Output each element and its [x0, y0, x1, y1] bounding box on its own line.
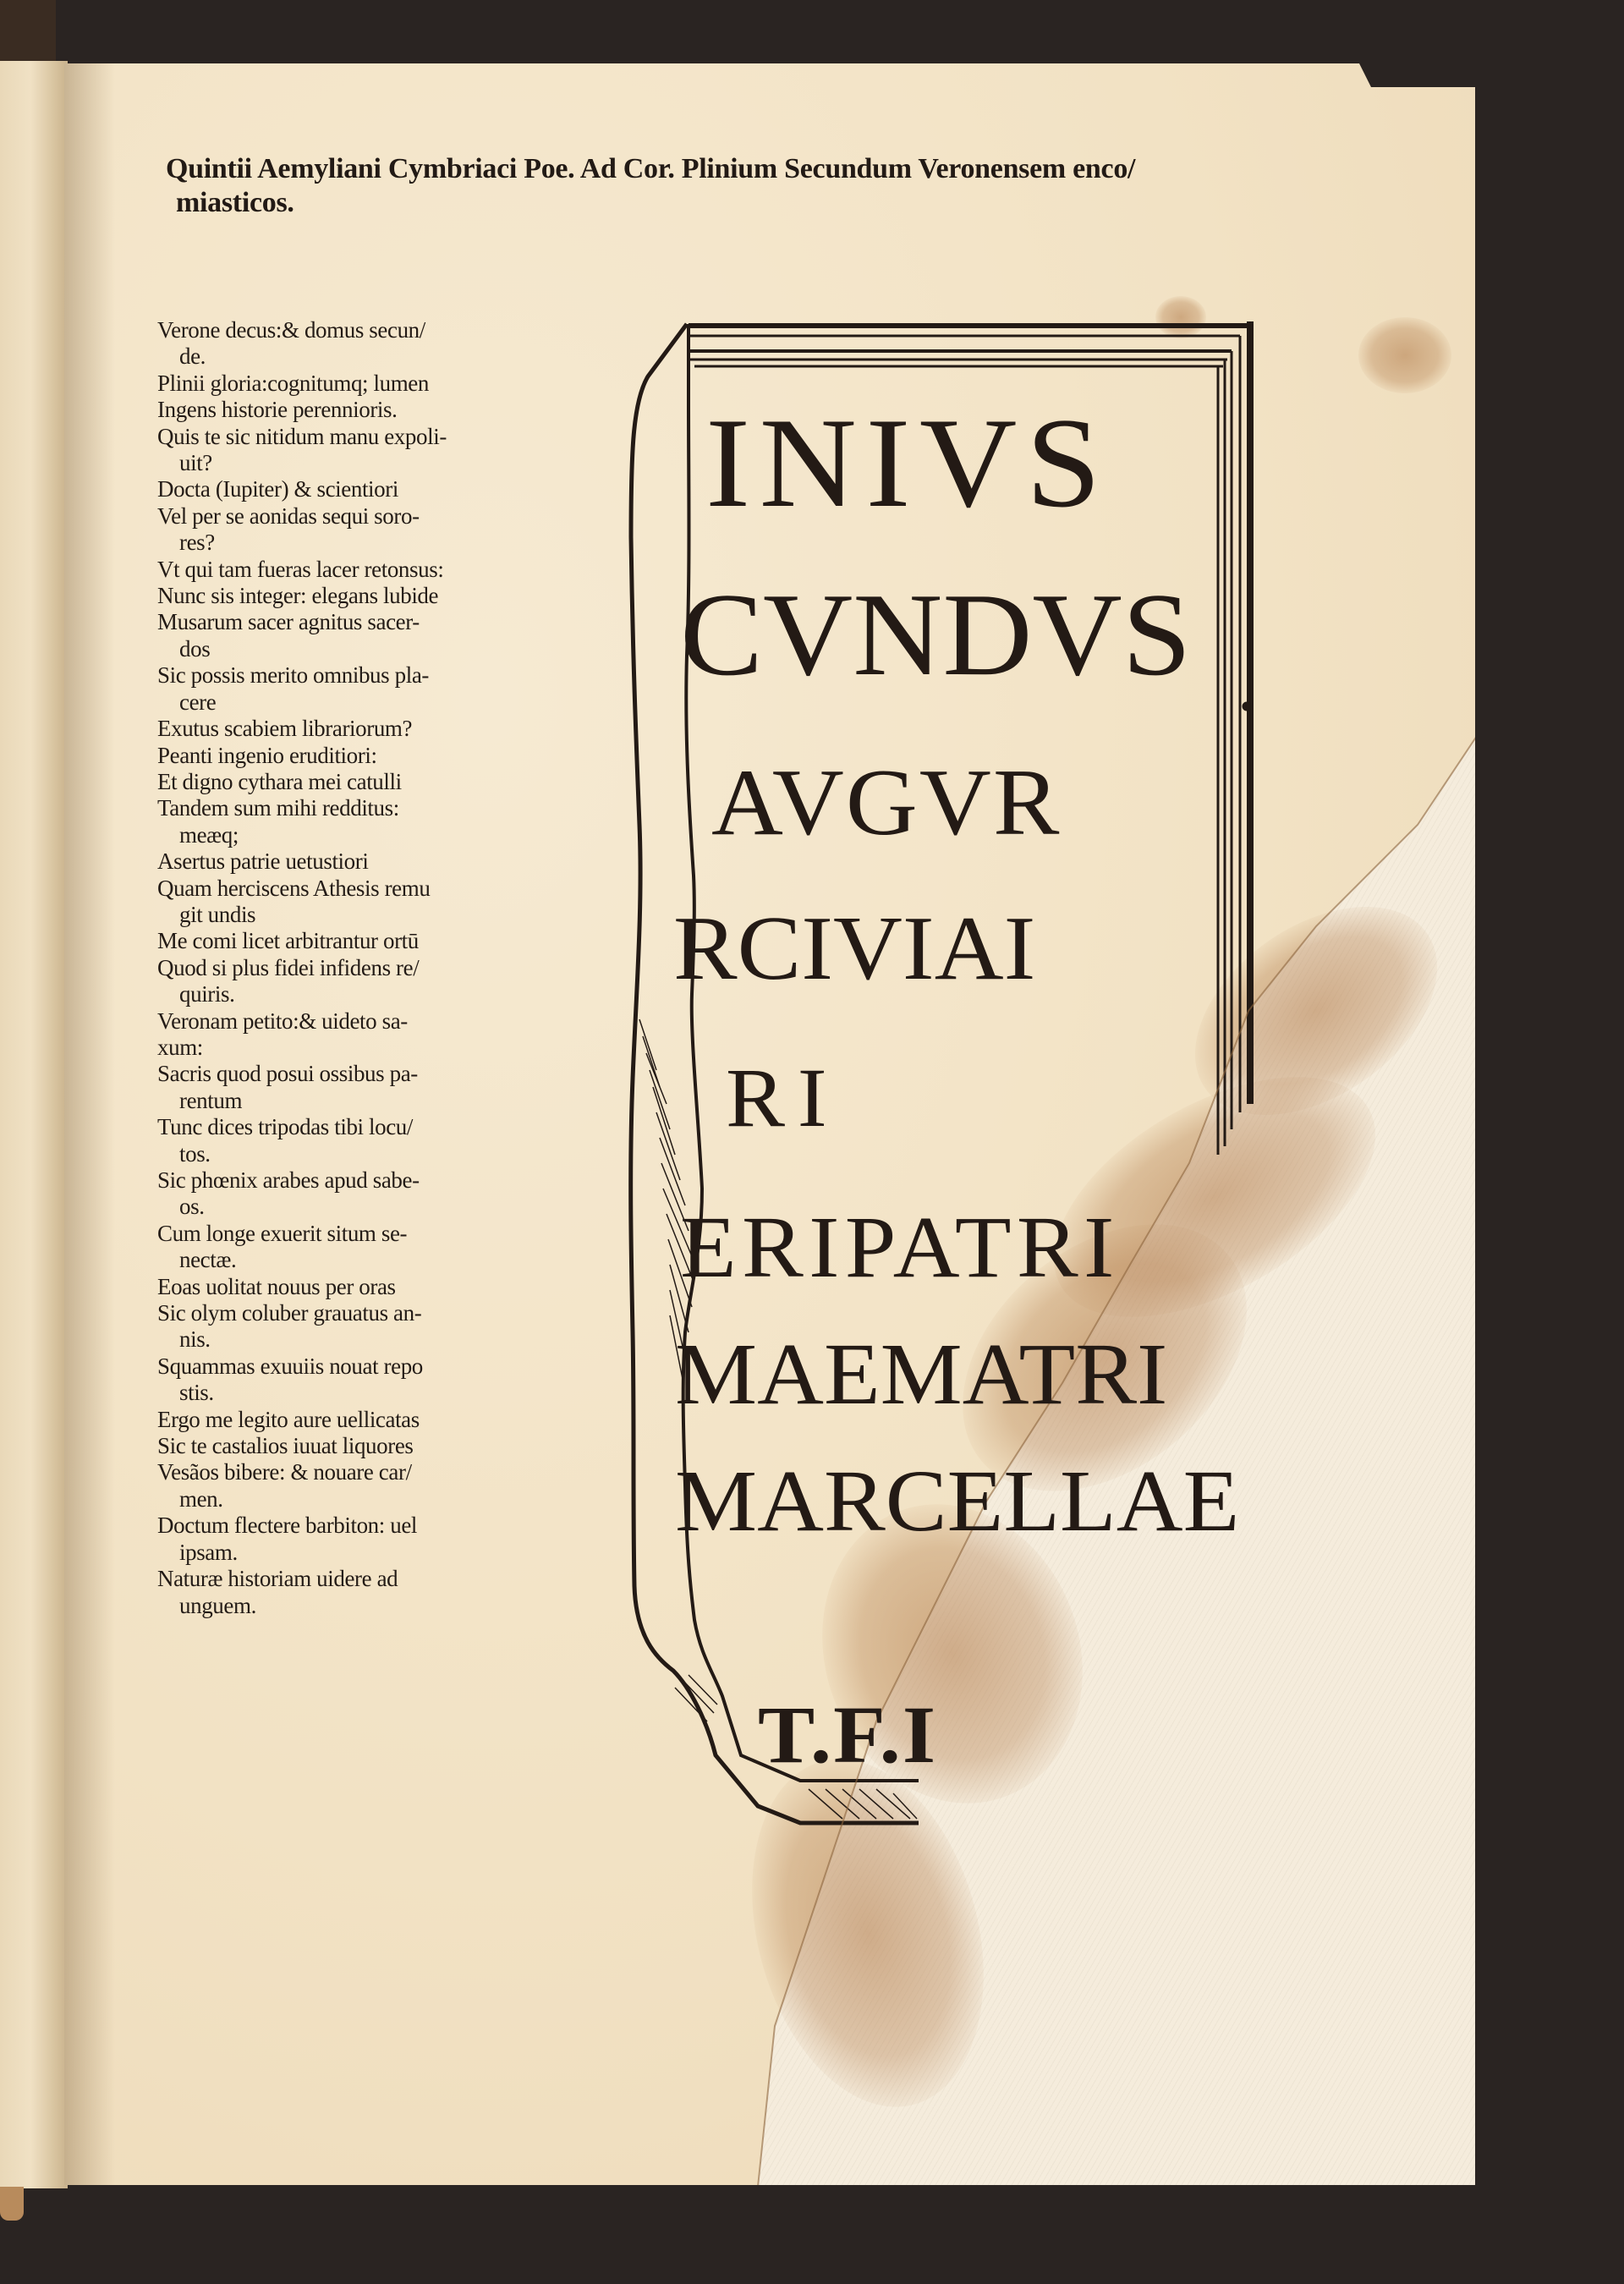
tablet-top-border [689, 326, 1247, 366]
inscription-line-1: INIVS [705, 389, 1110, 536]
inscription-line-9: T.F.I [758, 1688, 937, 1782]
inscription-line-5: RI [726, 1049, 839, 1146]
book-page: Quintii Aemyliani Cymbriaci Poe. Ad Cor.… [64, 63, 1475, 2185]
inscription-line-3: AVGVR [711, 749, 1061, 858]
inscription-line-2: CVNDVS [680, 567, 1191, 703]
previous-leaf-edge [0, 61, 68, 2188]
inscription-line-8: MARCELLAE [675, 1451, 1239, 1551]
inscription-line-4: RCIVIAI [673, 897, 1035, 1002]
inscription-line-7: MAEMATRI [675, 1324, 1167, 1425]
inscription-line-6: ERIPATRI [680, 1197, 1120, 1298]
tablet-right-border [1218, 321, 1251, 1155]
leaf-corner [0, 2187, 24, 2221]
